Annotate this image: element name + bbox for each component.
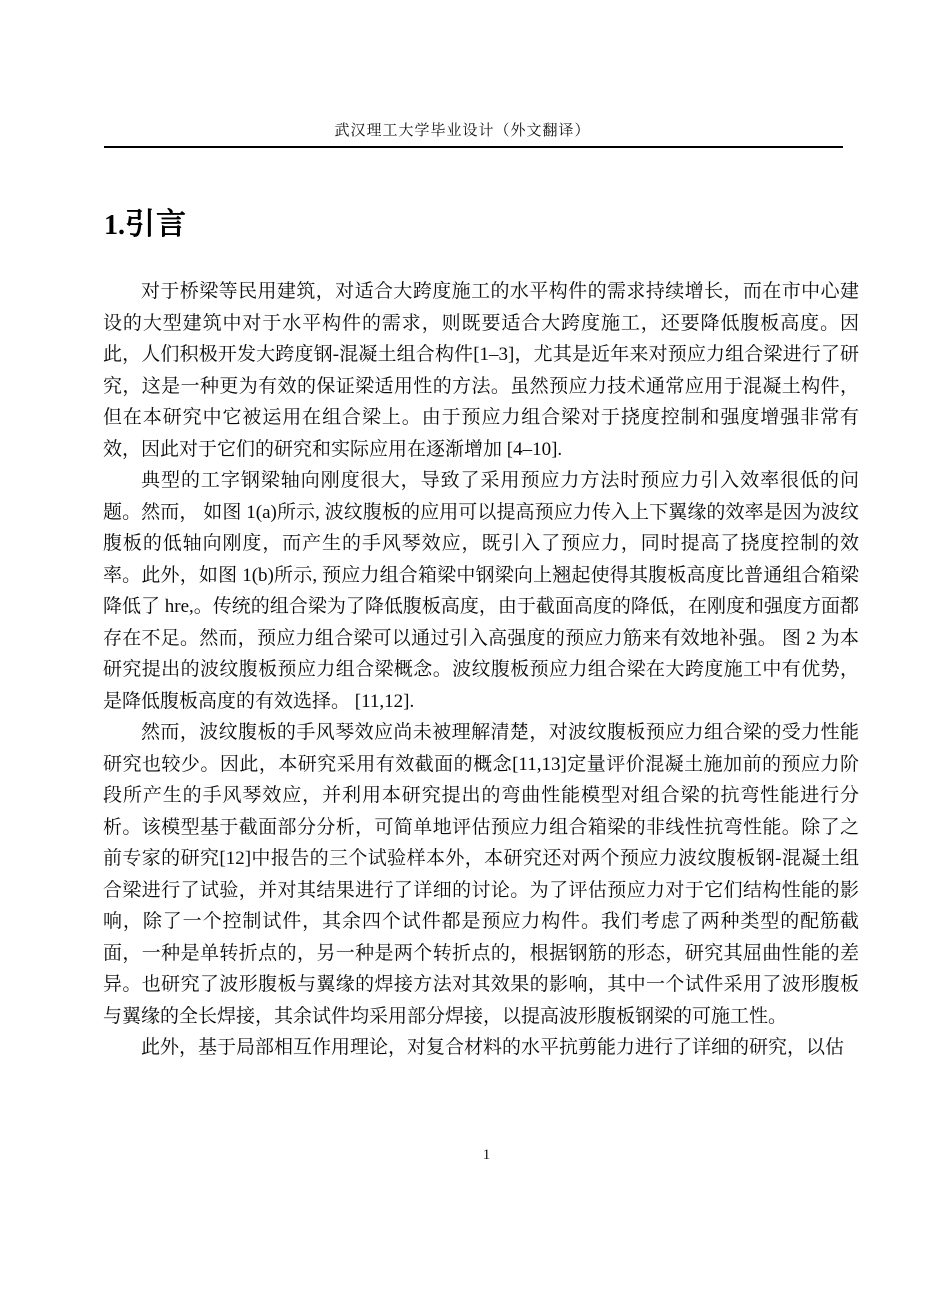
document-page: 武汉理工大学毕业设计（外文翻译） 1.引言 对于桥梁等民用建筑，对适合大跨度施工… — [0, 0, 925, 1309]
paragraph: 对于桥梁等民用建筑，对适合大跨度施工的水平构件的需求持续增长，而在市中心建设的大… — [103, 276, 859, 465]
paragraph: 典型的工字钢梁轴向刚度很大，导致了采用预应力方法时预应力引入效率很低的问题。然而… — [103, 465, 859, 717]
paragraph: 然而，波纹腹板的手风琴效应尚未被理解清楚，对波纹腹板预应力组合梁的受力性能研究也… — [103, 717, 859, 1032]
document-body: 对于桥梁等民用建筑，对适合大跨度施工的水平构件的需求持续增长，而在市中心建设的大… — [103, 276, 859, 1064]
header-divider — [104, 146, 843, 148]
page-header: 武汉理工大学毕业设计（外文翻译） — [0, 119, 925, 140]
section-title: 1.引言 — [104, 199, 187, 243]
section-number: 1. — [104, 210, 125, 242]
paragraph: 此外，基于局部相互作用理论，对复合材料的水平抗剪能力进行了详细的研究，以估 — [103, 1032, 859, 1064]
section-title-text: 引言 — [125, 199, 187, 243]
page-number: 1 — [0, 1147, 925, 1164]
